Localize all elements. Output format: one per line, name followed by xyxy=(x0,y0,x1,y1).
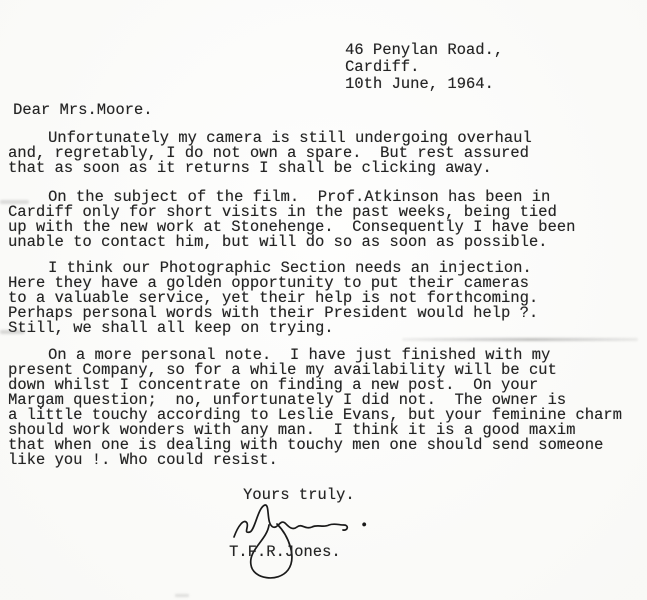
body-line: Still, we shall all keep on trying. xyxy=(8,321,538,336)
body-line: unable to contact him, but will do so as… xyxy=(8,235,575,250)
sender-address: 46 Penylan Road., Cardiff. 10th June, 19… xyxy=(345,42,503,93)
paragraph-3: I think our Photographic Section needs a… xyxy=(8,261,538,336)
address-line-street: 46 Penylan Road., xyxy=(345,42,503,59)
scan-smudge-left-1 xyxy=(0,200,29,204)
address-line-city: Cardiff. xyxy=(345,59,503,76)
signed-name: T.F.R.Jones. xyxy=(229,545,341,560)
paragraph-2: On the subject of the film. Prof.Atkinso… xyxy=(8,190,575,250)
scan-smudge-left-2 xyxy=(0,330,25,334)
scan-smudge-right xyxy=(402,338,638,341)
handwritten-signature-icon xyxy=(225,494,385,589)
paragraph-4: On a more personal note. I have just fin… xyxy=(8,348,622,468)
paragraph-1: Unfortunately my camera is still undergo… xyxy=(8,131,532,176)
body-line: that as soon as it returns I shall be cl… xyxy=(8,161,532,176)
body-line: like you !. Who could resist. xyxy=(8,453,622,468)
address-line-date: 10th June, 1964. xyxy=(345,76,503,93)
salutation: Dear Mrs.Moore. xyxy=(13,103,153,118)
scan-smudge-bottom xyxy=(175,594,189,597)
letter-page: 46 Penylan Road., Cardiff. 10th June, 19… xyxy=(0,0,647,600)
